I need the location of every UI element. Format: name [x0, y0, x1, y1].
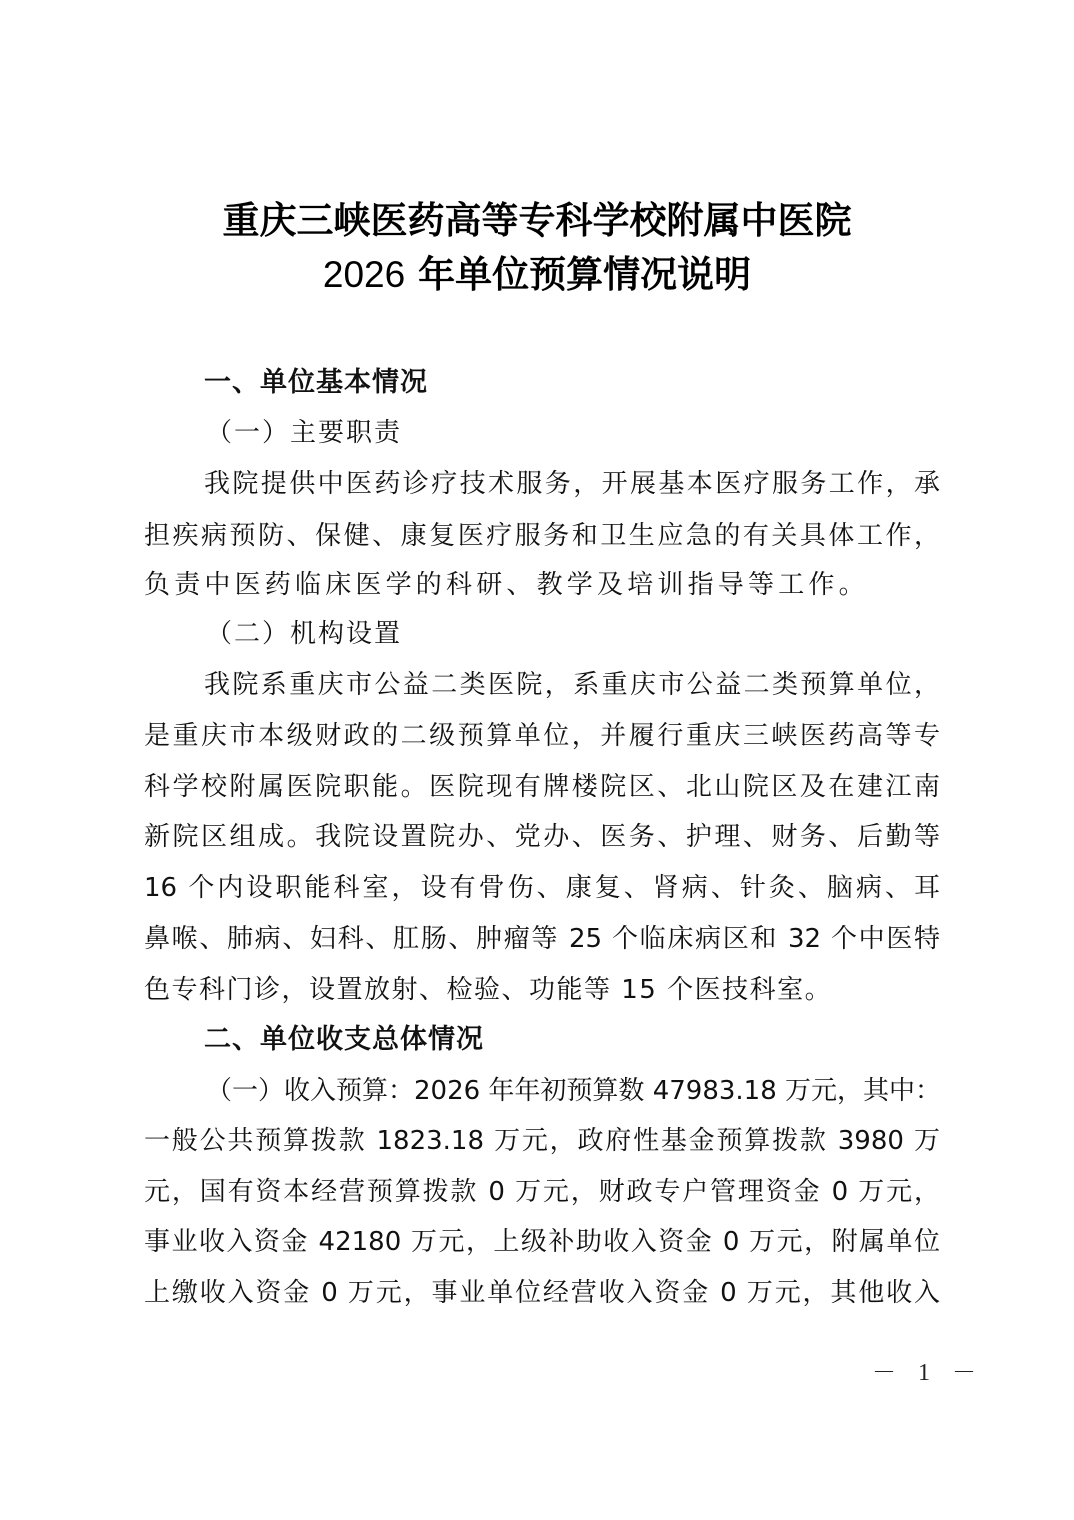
page-number: － 1 － — [872, 1352, 984, 1387]
paragraph-line: 我院系重庆市公益二类医院，系重庆市公益二类预算单位， — [204, 665, 940, 705]
paragraph-line: 新院区组成。我院设置院办、党办、医务、护理、财务、后勤等 — [144, 817, 940, 857]
paragraph-line: 事业收入资金 42180 万元，上级补助收入资金 0 万元，附属单位 — [144, 1222, 940, 1262]
document-page: 重庆三峡医药高等专科学校附属中医院 2026 年单位预算情况说明 一、单位基本情… — [0, 0, 1074, 1520]
section-heading-1: 一、单位基本情况 — [204, 363, 1004, 403]
paragraph-line: 我院提供中医药诊疗技术服务，开展基本医疗服务工作，承 — [204, 464, 940, 504]
paragraph-line: 16 个内设职能科室，设有骨伤、康复、肾病、针灸、脑病、耳 — [144, 868, 940, 908]
document-title-line1: 重庆三峡医药高等专科学校附属中医院 — [0, 196, 1074, 244]
paragraph-line: 鼻喉、肺病、妇科、肛肠、肿瘤等 25 个临床病区和 32 个中医特 — [144, 919, 940, 959]
paragraph-line: 一般公共预算拨款 1823.18 万元，政府性基金预算拨款 3980 万 — [144, 1121, 940, 1161]
title-rest: 年单位预算情况说明 — [405, 252, 751, 296]
paragraph-line: 是重庆市本级财政的二级预算单位，并履行重庆三峡医药高等专 — [144, 716, 940, 756]
subsection-heading-duties: （一）主要职责 — [206, 413, 1006, 453]
section-heading-2: 二、单位收支总体情况 — [204, 1020, 1004, 1060]
title-year: 2026 — [323, 254, 405, 295]
paragraph-line: 科学校附属医院职能。医院现有牌楼院区、北山院区及在建江南 — [144, 767, 940, 807]
subsection-heading-organization: （二）机构设置 — [206, 614, 1006, 654]
paragraph-line: 元，国有资本经营预算拨款 0 万元，财政专户管理资金 0 万元， — [144, 1172, 940, 1212]
paragraph-line: 上缴收入资金 0 万元，事业单位经营收入资金 0 万元，其他收入 — [144, 1273, 940, 1313]
paragraph-line: 色专科门诊，设置放射、检验、功能等 15 个医技科室。 — [144, 970, 944, 1010]
paragraph-line: 负责中医药临床医学的科研、教学及培训指导等工作。 — [144, 565, 944, 605]
document-title-line2: 2026 年单位预算情况说明 — [0, 250, 1074, 299]
paragraph-line: 担疾病预防、保健、康复医疗服务和卫生应急的有关具体工作， — [144, 516, 940, 556]
paragraph-line: （一）收入预算：2026 年年初预算数 47983.18 万元，其中： — [206, 1071, 940, 1111]
